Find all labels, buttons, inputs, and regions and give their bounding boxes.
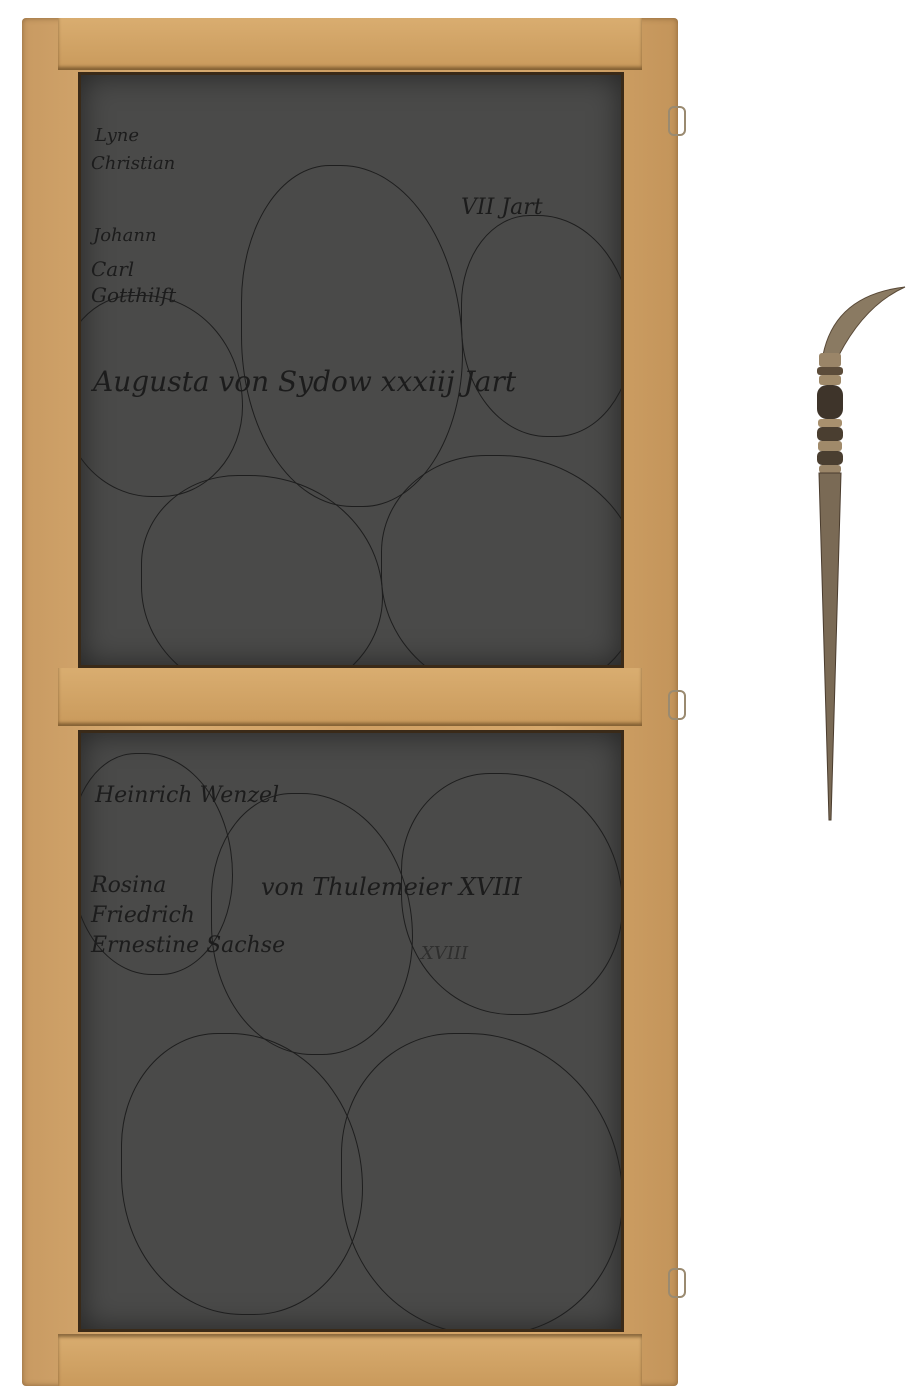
wax-tablet-frame: Lyne Christian Johann Carl Gotthilft Aug… xyxy=(22,18,678,1386)
inscription-line: Augusta von Sydow xxxiij Jart xyxy=(93,365,516,398)
inscription-line: Lyne xyxy=(95,125,139,146)
inscription-line: von Thulemeier XVIII xyxy=(261,873,522,901)
inscription-line: Friedrich xyxy=(91,903,195,928)
wax-crack xyxy=(381,455,624,668)
inscription-line: Johann xyxy=(93,225,157,246)
wax-crack xyxy=(341,1033,623,1332)
frame-middle-rail xyxy=(58,668,642,726)
inscription-line: Christian xyxy=(91,153,175,174)
wax-crack xyxy=(211,793,413,1055)
inscription-line: Gotthilft xyxy=(91,283,176,307)
wax-crack xyxy=(121,1033,363,1315)
inscription-line: Carl xyxy=(91,257,134,281)
inscription-line: XVIII xyxy=(421,943,468,964)
wax-crack xyxy=(461,215,624,437)
hinge-pin xyxy=(668,106,686,136)
lower-wax-panel: Heinrich Wenzel Rosina von Thulemeier XV… xyxy=(78,730,624,1332)
frame-bottom-rail xyxy=(58,1334,642,1386)
inscription-line: Rosina xyxy=(91,873,166,898)
stylus xyxy=(805,285,915,825)
wax-crack xyxy=(241,165,463,507)
inscription-line: Heinrich Wenzel xyxy=(95,783,279,808)
frame-top-rail xyxy=(58,18,642,70)
hinge-pin xyxy=(668,1268,686,1298)
upper-wax-panel: Lyne Christian Johann Carl Gotthilft Aug… xyxy=(78,72,624,668)
hinge-pin xyxy=(668,690,686,720)
inscription-line: VII Jart xyxy=(461,195,543,220)
inscription-line: Ernestine Sachse xyxy=(91,933,285,958)
